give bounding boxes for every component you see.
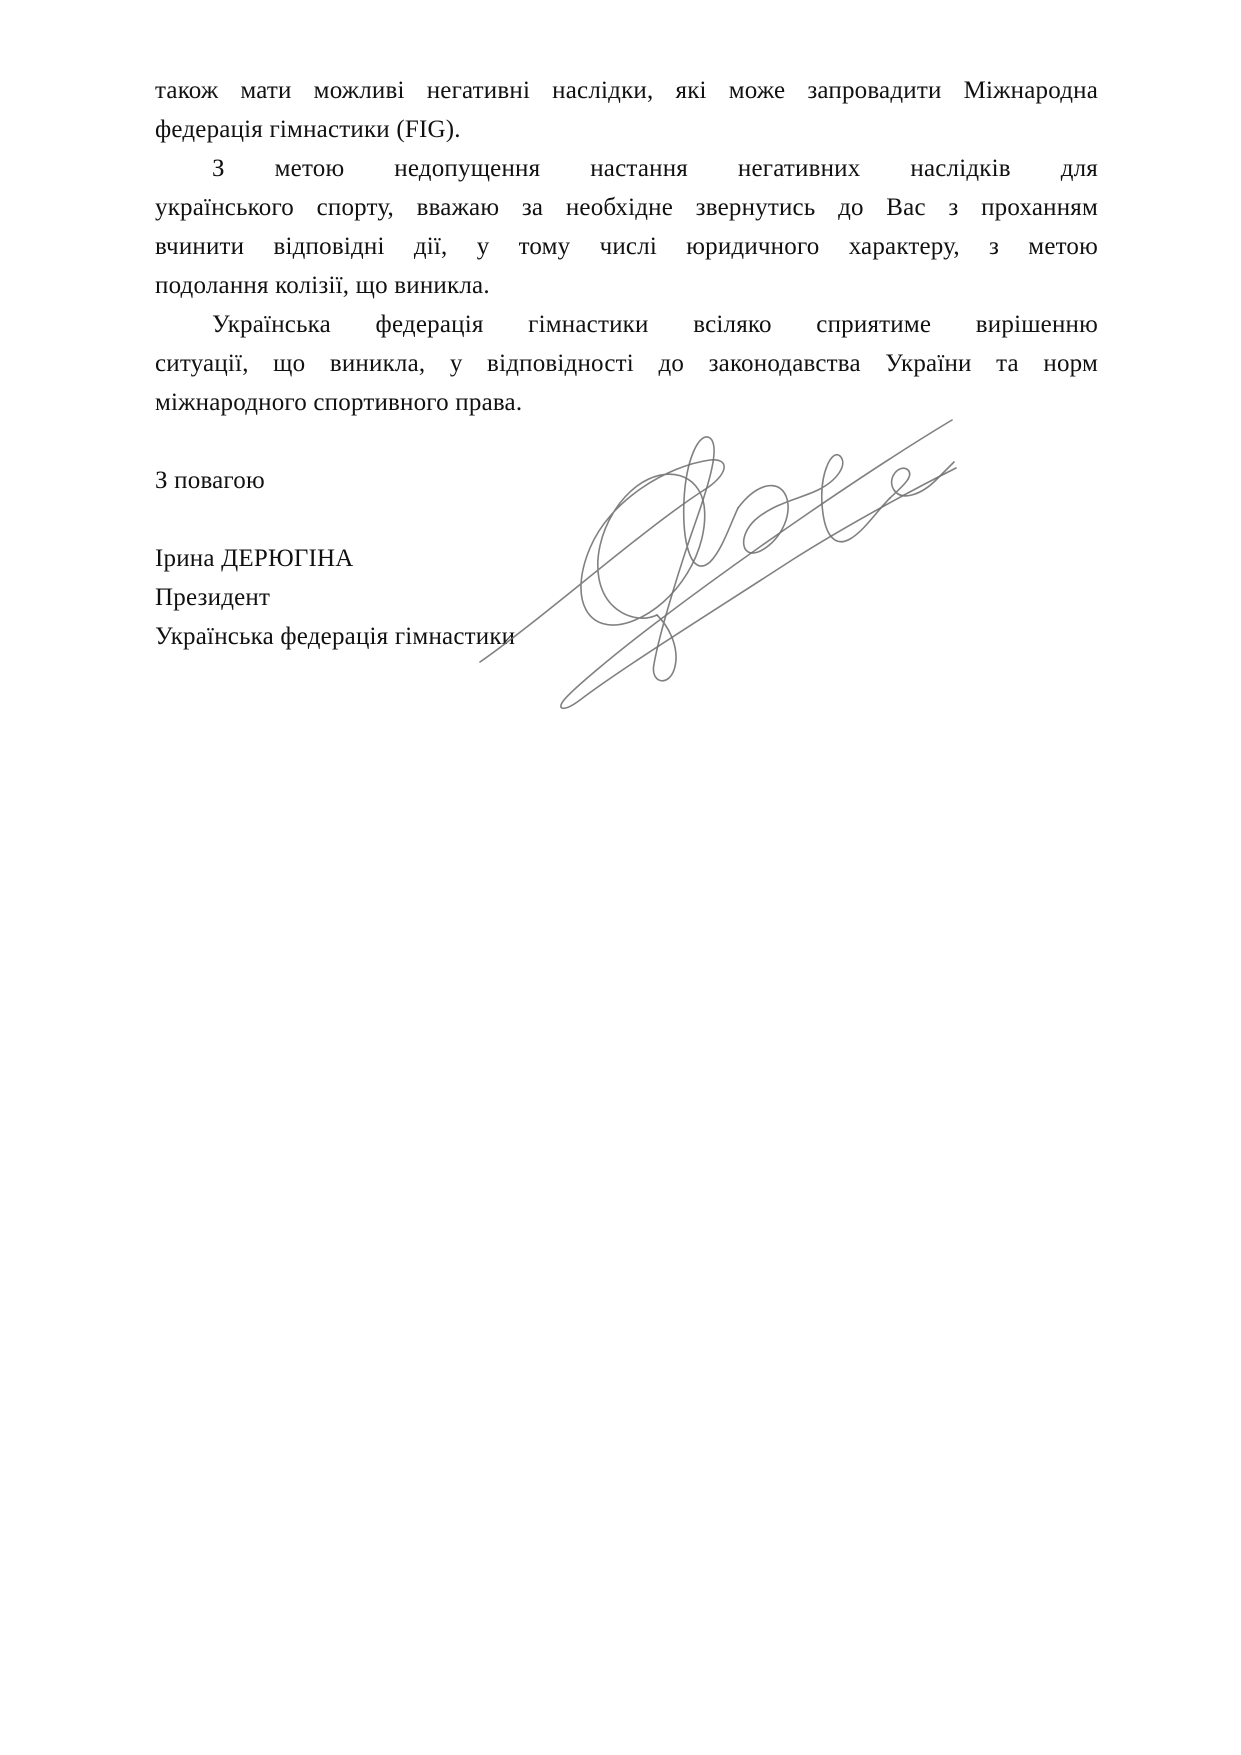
body-line: українського спорту, вважаю за необхідне… xyxy=(155,188,1098,227)
spacer xyxy=(155,500,1098,539)
signatory-name: Ірина ДЕРЮГІНА xyxy=(155,539,1098,578)
body-line: З метою недопущення настання негативних … xyxy=(155,149,1098,188)
closing-salutation: З повагою xyxy=(155,461,1098,500)
body-line: федерація гімнастики (FIG). xyxy=(155,110,1098,149)
signatory-organization: Українська федерація гімнастики xyxy=(155,617,1098,656)
body-line: ситуації, що виникла, у відповідності до… xyxy=(155,344,1098,383)
letter-body: також мати можливі негативні наслідки, я… xyxy=(155,71,1098,656)
body-line: вчинити відповідні дії, у тому числі юри… xyxy=(155,227,1098,266)
body-line: подолання колізії, що виникла. xyxy=(155,266,1098,305)
body-line: міжнародного спортивного права. xyxy=(155,383,1098,422)
spacer xyxy=(155,422,1098,461)
signatory-title: Президент xyxy=(155,578,1098,617)
body-line: Українська федерація гімнастики всіляко … xyxy=(155,305,1098,344)
body-line: також мати можливі негативні наслідки, я… xyxy=(155,71,1098,110)
letter-page: також мати можливі негативні наслідки, я… xyxy=(0,0,1241,1755)
